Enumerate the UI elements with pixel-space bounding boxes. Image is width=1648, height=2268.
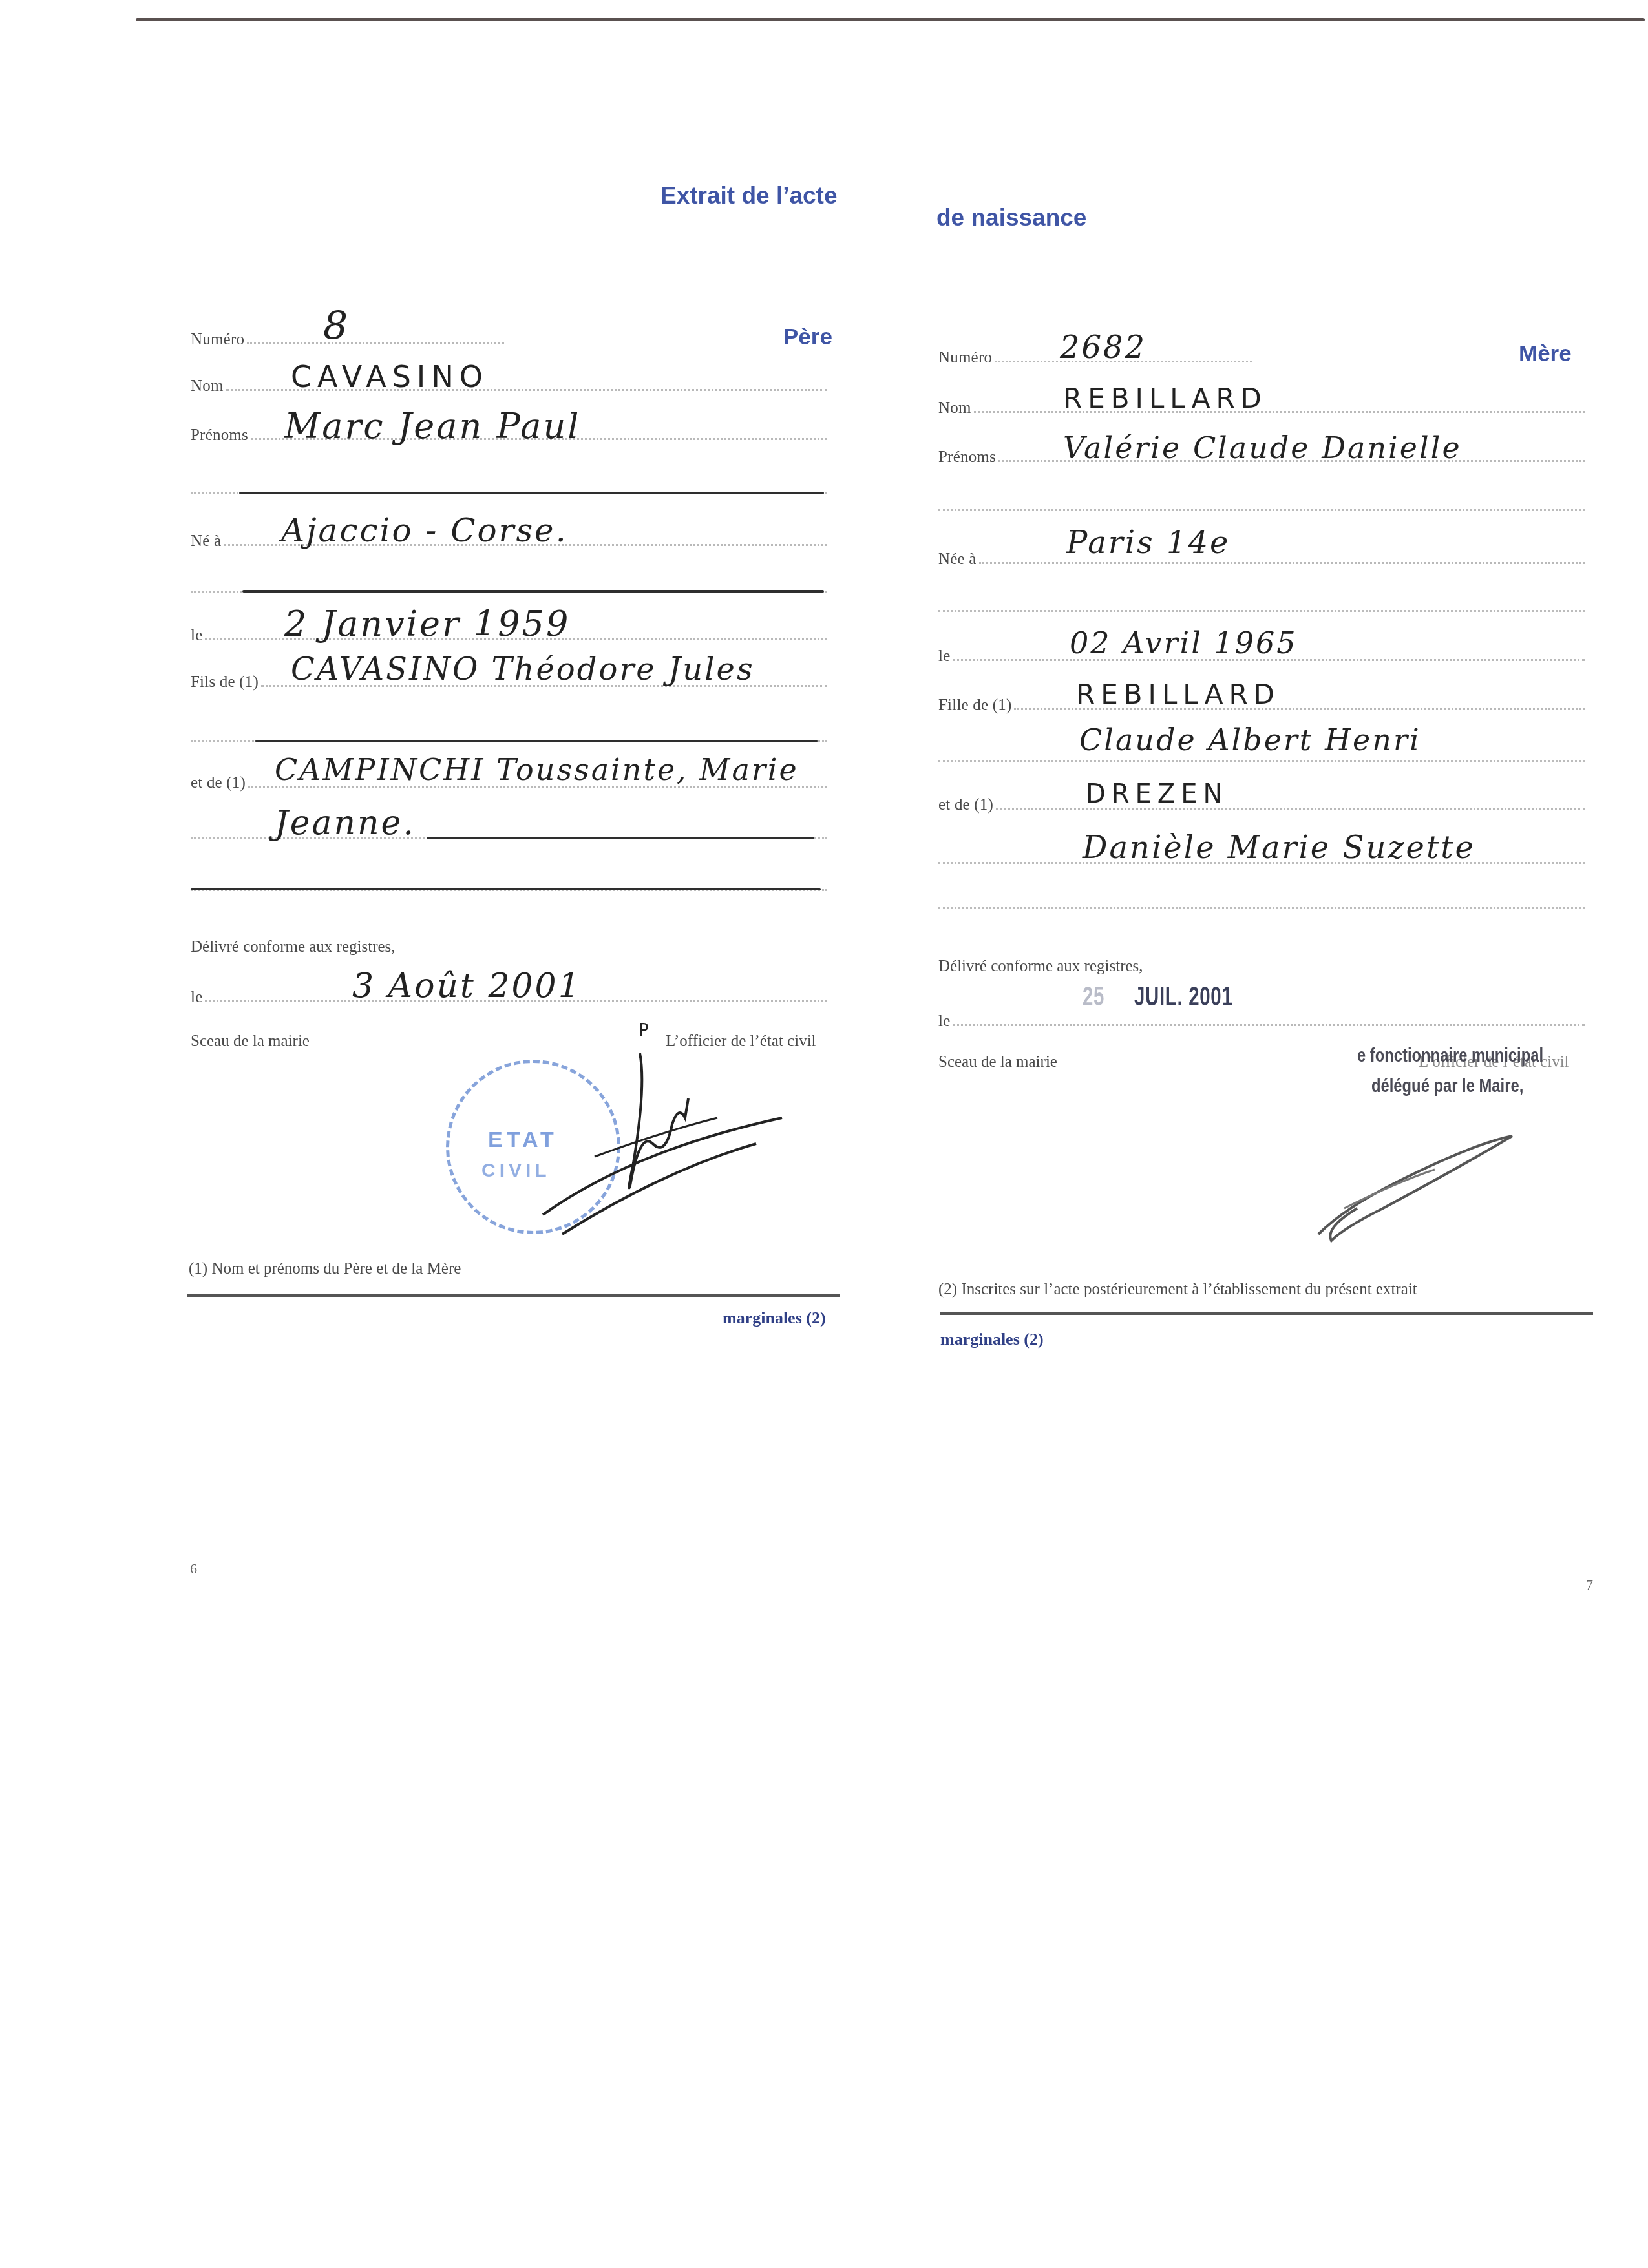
mere-et-de-label: et de (1) [938,796,993,814]
pere-delivery-date-value: 3 Août 2001 [352,967,582,1005]
pere-fils-de-label: Fils de (1) [191,673,259,691]
mere-delivery-date-field: le [938,1005,1585,1031]
mere-fille-de-label: Fille de (1) [938,697,1011,715]
pere-footer-rule [187,1294,840,1297]
pere-numero-value: 8 [323,304,350,349]
page-number-right: 7 [1586,1577,1593,1593]
mere-blank-line [938,509,1585,511]
pere-numero-label: Numéro [191,331,244,349]
mere-fille-de-value-line1: REBILLARD [1076,678,1280,710]
mere-nom-label: Nom [938,399,971,417]
pere-nom-value: CAVASINO [291,359,489,394]
mere-fille-de-continuation-line [938,760,1585,762]
page-top-edge [136,18,1645,21]
mere-le-label: le [938,647,950,666]
mere-prenoms-value: Valérie Claude Danielle [1063,430,1462,465]
pere-marginales-heading: marginales (2) [723,1308,826,1328]
mere-heading: Mère [1519,341,1572,367]
pere-le-label: le [191,627,202,645]
pere-footnote: (1) Nom et prénoms du Père et de la Mère [189,1260,461,1278]
pere-nom-field: Nom [191,370,827,395]
document-title-part2: de naissance [936,204,1086,231]
page-number-left: 6 [190,1560,197,1577]
mere-marginales-heading: marginales (2) [940,1330,1044,1349]
mere-blank-line-3 [938,907,1585,909]
mere-delivre-text: Délivré conforme aux registres, [938,958,1143,976]
mere-sceau-label: Sceau de la mairie [938,1053,1057,1071]
mere-nee-a-field: Née à [938,543,1585,569]
pere-le-value: 2 Janvier 1959 [284,604,570,644]
pere-strike-line [239,492,824,494]
document-title-part1: Extrait de l’acte [660,182,838,209]
pere-strike-line-3 [255,740,818,742]
pere-delivre-text: Délivré conforme aux registres, [191,938,396,956]
mere-et-de-field: et de (1) [938,788,1585,814]
mere-et-de-value-line2: Danièle Marie Suzette [1083,830,1475,866]
pere-ne-a-label: Né à [191,532,221,551]
mere-officer-signature [1305,1131,1551,1247]
pere-signature-initial: P [639,1021,649,1040]
mere-nee-a-label: Née à [938,551,977,569]
pere-sceau-label: Sceau de la mairie [191,1033,310,1051]
mere-et-de-value-line1: DREZEN [1086,779,1228,809]
mere-nee-a-value: Paris 14e [1066,525,1230,561]
pere-strike-line-5 [191,888,821,890]
mere-delivery-le-label: le [938,1013,950,1031]
mere-numero-value: 2682 [1060,330,1146,366]
pere-et-de-value-line1: CAMPINCHI Toussainte, Marie [275,752,799,787]
mere-officer-stamp-line1: e fonctionnaire municipal [1357,1045,1543,1067]
mere-date-stamp: JUIL. 2001 [1134,981,1232,1012]
pere-prenoms-label: Prénoms [191,426,248,445]
pere-et-de-label: et de (1) [191,774,246,792]
pere-strike-line-4 [427,837,814,839]
mere-footer-rule [940,1312,1593,1315]
pere-ne-a-value: Ajaccio - Corse. [281,512,568,549]
pere-prenoms-value: Marc Jean Paul [284,406,581,446]
pere-fils-de-value: CAVASINO Théodore Jules [291,651,755,688]
pere-delivery-le-label: le [191,989,202,1007]
mere-footnote: (2) Inscrites sur l’acte postérieurement… [938,1281,1417,1299]
mere-officer-stamp-line2: délégué par le Maire, [1371,1076,1523,1097]
mere-prenoms-label: Prénoms [938,448,996,467]
mere-date-stamp-day: 25 [1083,981,1104,1012]
pere-heading: Père [783,324,832,350]
pere-et-de-value-line2: Jeanne. [275,804,416,843]
mere-nom-value: REBILLARD [1063,383,1267,414]
pere-strike-line-2 [242,590,824,593]
mere-blank-line-2 [938,610,1585,612]
pere-officer-signature [504,1047,801,1241]
pere-nom-label: Nom [191,377,224,395]
mere-le-value: 02 Avril 1965 [1070,625,1298,660]
mere-fille-de-value-line2: Claude Albert Henri [1079,722,1421,757]
mere-numero-label: Numéro [938,349,992,367]
